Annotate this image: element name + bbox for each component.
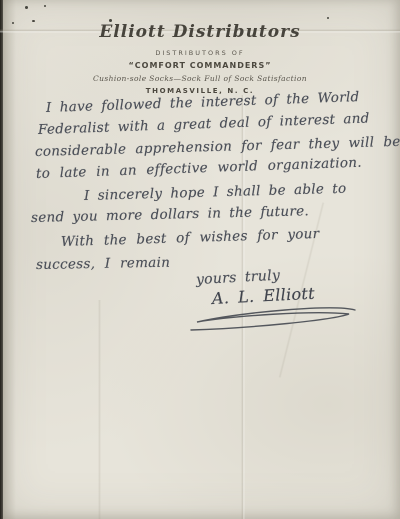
- scanned-letter-page: Elliott Distributors DISTRIBUTORS OF “CO…: [0, 0, 400, 519]
- letterhead: Elliott Distributors DISTRIBUTORS OF “CO…: [0, 22, 400, 95]
- signature: A. L. Elliott: [212, 284, 316, 308]
- letterhead-distributors-of: DISTRIBUTORS OF: [0, 49, 400, 57]
- handwriting-line: success, I remain: [36, 255, 170, 273]
- letterhead-brand-name: “COMFORT COMMANDERS”: [0, 61, 400, 70]
- handwriting-line: send you more dollars in the future.: [31, 203, 309, 226]
- handwriting-line: I sincerely hope I shall be able to: [84, 181, 347, 204]
- letterhead-tagline: Cushion-sole Socks—Sock Full of Sock Sat…: [0, 74, 400, 83]
- handwriting-line: to late in an effective world organizati…: [36, 155, 362, 182]
- vertical-fold-crease: [98, 300, 101, 519]
- scan-speck: [327, 17, 329, 19]
- letterhead-company-name: Elliott Distributors: [0, 22, 400, 42]
- handwriting-line: With the best of wishes for your: [61, 226, 320, 250]
- signature-flourish: [183, 306, 363, 336]
- scan-speck: [25, 6, 28, 9]
- letter-closing: yours truly: [196, 268, 281, 288]
- scan-speck: [44, 5, 46, 7]
